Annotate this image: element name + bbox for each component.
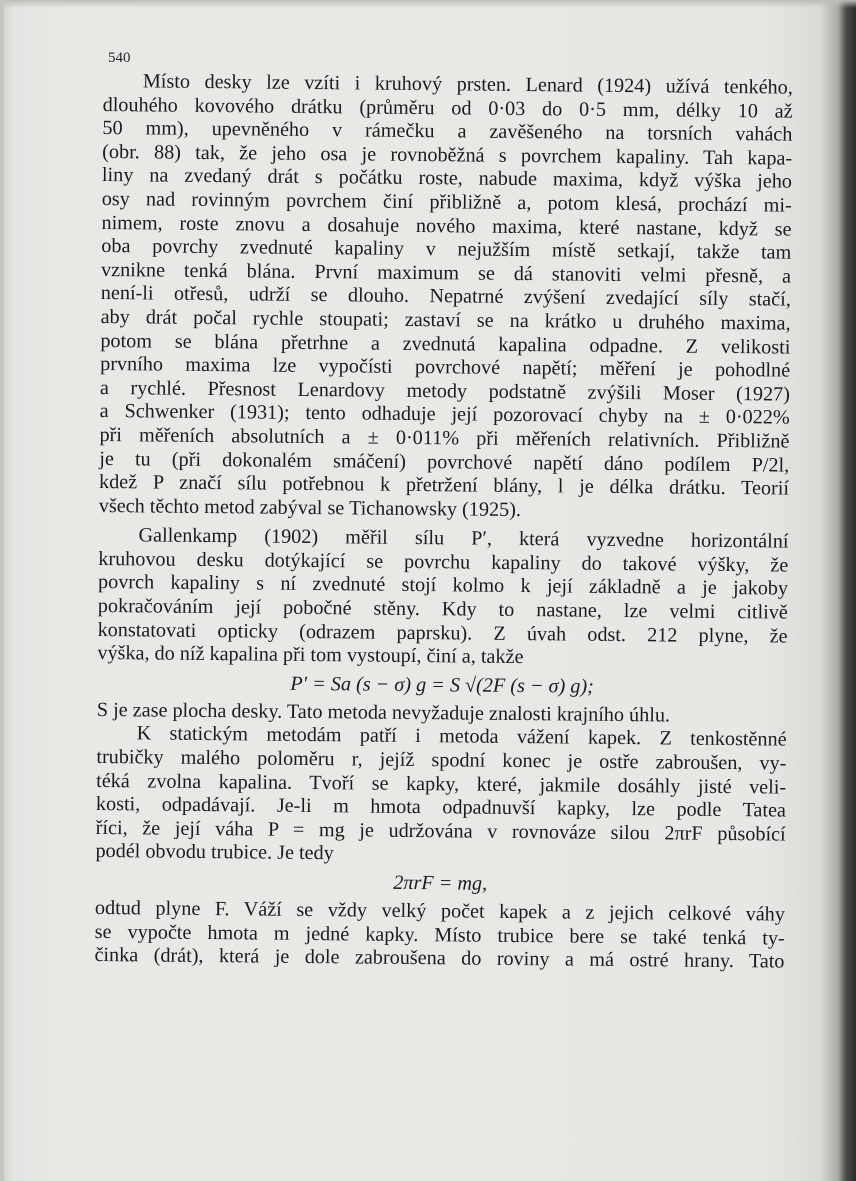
page-top-shadow [0,0,856,8]
paragraph-drop-weight-method: K statickým metodám patří i metoda vážen… [95,722,786,870]
body-text: Místo desky lze vzíti i kruhový prsten. … [94,70,793,974]
equation-gallenkamp: P′ = Sa (s − σ) g = S √(2F (s − σ) g); [97,668,787,703]
paragraph-lenard-method: Místo desky lze vzíti i kruhový prsten. … [99,70,793,525]
paragraph-drop-weighing: odtud plyne F. Váží se vždy velký počet … [94,897,785,974]
equation-tate: 2πrF = mg, [95,866,785,901]
paragraph-gallenkamp-method: Gallenkamp (1902) měřil sílu P′, která v… [97,524,788,672]
page-left-edge [0,0,4,1181]
book-page: 540 Místo desky lze vzíti i kruhový prst… [0,0,856,1181]
page-number: 540 [108,50,131,67]
